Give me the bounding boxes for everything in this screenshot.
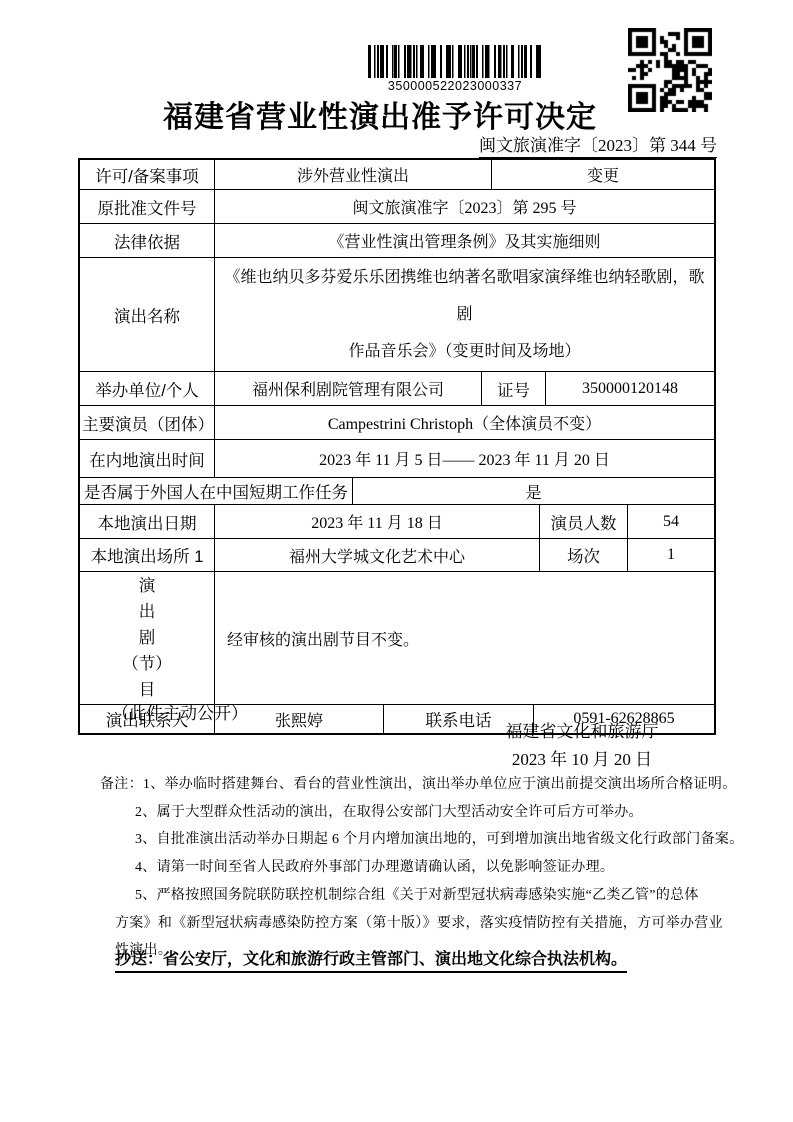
performer-count-label: 演员人数	[539, 505, 627, 538]
programs-value: 经审核的演出剧节目不变。	[214, 572, 714, 704]
cc-line: 抄送：省公安厅，文化和旅游行政主管部门、演出地文化综合执法机构。	[115, 946, 627, 973]
issue-date: 2023 年 10 月 20 日	[470, 746, 694, 774]
disclosure-note: （此件主动公开）	[112, 699, 248, 724]
row-label: 演 出 剧 （节） 目	[80, 572, 214, 704]
show-name-value: 《维也纳贝多芬爱乐乐团携维也纳著名歌唱家演绎维也纳轻歌剧，歌剧 作品音乐会》（变…	[214, 258, 714, 371]
barcode: 350000522023000337	[368, 45, 542, 93]
table-row-mainland-period: 在内地演出时间 2023 年 11 月 5 日—— 2023 年 11 月 20…	[80, 439, 714, 477]
barcode-number: 350000522023000337	[368, 79, 542, 93]
local-venue-value: 福州大学城文化艺术中心	[214, 539, 539, 571]
row-label: 许可/备案事项	[80, 160, 214, 189]
notes-section: 备注：1、举办临时搭建舞台、看台的营业性演出，演出举办单位应于演出前提交演出场所…	[100, 771, 718, 965]
main-performers-value: Campestrini Christoph（全体演员不变）	[214, 406, 714, 439]
row-label: 法律依据	[80, 224, 214, 257]
performer-count: 54	[627, 505, 714, 538]
legal-basis-value: 《营业性演出管理条例》及其实施细则	[214, 224, 714, 257]
permit-item-value: 涉外营业性演出	[214, 160, 491, 189]
document-page: 350000522023000337 福建省营业性演出准予许可决定 闽文旅演准字…	[0, 0, 793, 1122]
table-row-local-date: 本地演出日期 2023 年 11 月 18 日 演员人数 54	[80, 504, 714, 538]
row-label: 本地演出日期	[80, 505, 214, 538]
row-label: 本地演出场所 1	[80, 539, 214, 571]
cert-label: 证号	[481, 372, 545, 405]
table-row-main-performers: 主要演员（团体） Campestrini Christoph（全体演员不变）	[80, 405, 714, 439]
table-row-legal-basis: 法律依据 《营业性演出管理条例》及其实施细则	[80, 223, 714, 257]
permit-change-type: 变更	[491, 160, 714, 189]
row-label: 是否属于外国人在中国短期工作任务	[80, 478, 352, 504]
row-label: 主要演员（团体）	[80, 406, 214, 439]
sessions-count: 1	[627, 539, 714, 571]
row-label: 演出名称	[80, 258, 214, 371]
original-doc-value: 闽文旅演准字〔2023〕第 295 号	[214, 190, 714, 223]
sessions-label: 场次	[539, 539, 627, 571]
row-label: 在内地演出时间	[80, 440, 214, 477]
cert-number: 350000120148	[545, 372, 714, 405]
issuer-block: 福建省文化和旅游厅 2023 年 10 月 20 日	[470, 718, 694, 774]
permit-table: 许可/备案事项 涉外营业性演出 变更 原批准文件号 闽文旅演准字〔2023〕第 …	[78, 158, 716, 735]
note-line: 3、自批准演出活动举办日期起 6 个月内增加演出地的，可到增加演出地省级文化行政…	[135, 826, 718, 854]
note-line: 方案》和《新型冠状病毒感染防控方案（第十版）》要求，落实疫情防控有关措施，方可举…	[115, 910, 718, 938]
organizer-value: 福州保利剧院管理有限公司	[214, 372, 481, 405]
note-line: 2、属于大型群众性活动的演出，在取得公安部门大型活动安全许可后方可举办。	[135, 799, 718, 827]
table-row-programs: 演 出 剧 （节） 目 经审核的演出剧节目不变。	[80, 571, 714, 704]
local-date-value: 2023 年 11 月 18 日	[214, 505, 539, 538]
table-row-organizer: 举办单位/个人 福州保利剧院管理有限公司 证号 350000120148	[80, 371, 714, 405]
doc-number: 闽文旅演准字〔2023〕第 344 号	[479, 131, 717, 158]
mainland-period-value: 2023 年 11 月 5 日—— 2023 年 11 月 20 日	[214, 440, 714, 477]
note-line: 4、请第一时间至省人民政府外事部门办理邀请确认函，以免影响签证办理。	[135, 854, 718, 882]
note-line: 备注：1、举办临时搭建舞台、看台的营业性演出，演出举办单位应于演出前提交演出场所…	[100, 771, 718, 799]
issuer-name: 福建省文化和旅游厅	[470, 718, 694, 746]
row-label: 原批准文件号	[80, 190, 214, 223]
barcode-bars-icon	[368, 45, 542, 78]
table-row-original-doc: 原批准文件号 闽文旅演准字〔2023〕第 295 号	[80, 189, 714, 223]
table-row-local-venue: 本地演出场所 1 福州大学城文化艺术中心 场次 1	[80, 538, 714, 571]
table-row-short-term-work: 是否属于外国人在中国短期工作任务 是	[80, 477, 714, 504]
short-term-work-value: 是	[352, 478, 714, 504]
table-row-permit-item: 许可/备案事项 涉外营业性演出 变更	[80, 160, 714, 189]
table-row-show-name: 演出名称 《维也纳贝多芬爱乐乐团携维也纳著名歌唱家演绎维也纳轻歌剧，歌剧 作品音…	[80, 257, 714, 371]
page-title: 福建省营业性演出准予许可决定	[0, 92, 760, 136]
row-label: 举办单位/个人	[80, 372, 214, 405]
note-line: 5、严格按照国务院联防联控机制综合组《关于对新型冠状病毒感染实施“乙类乙管”的总…	[135, 882, 718, 910]
